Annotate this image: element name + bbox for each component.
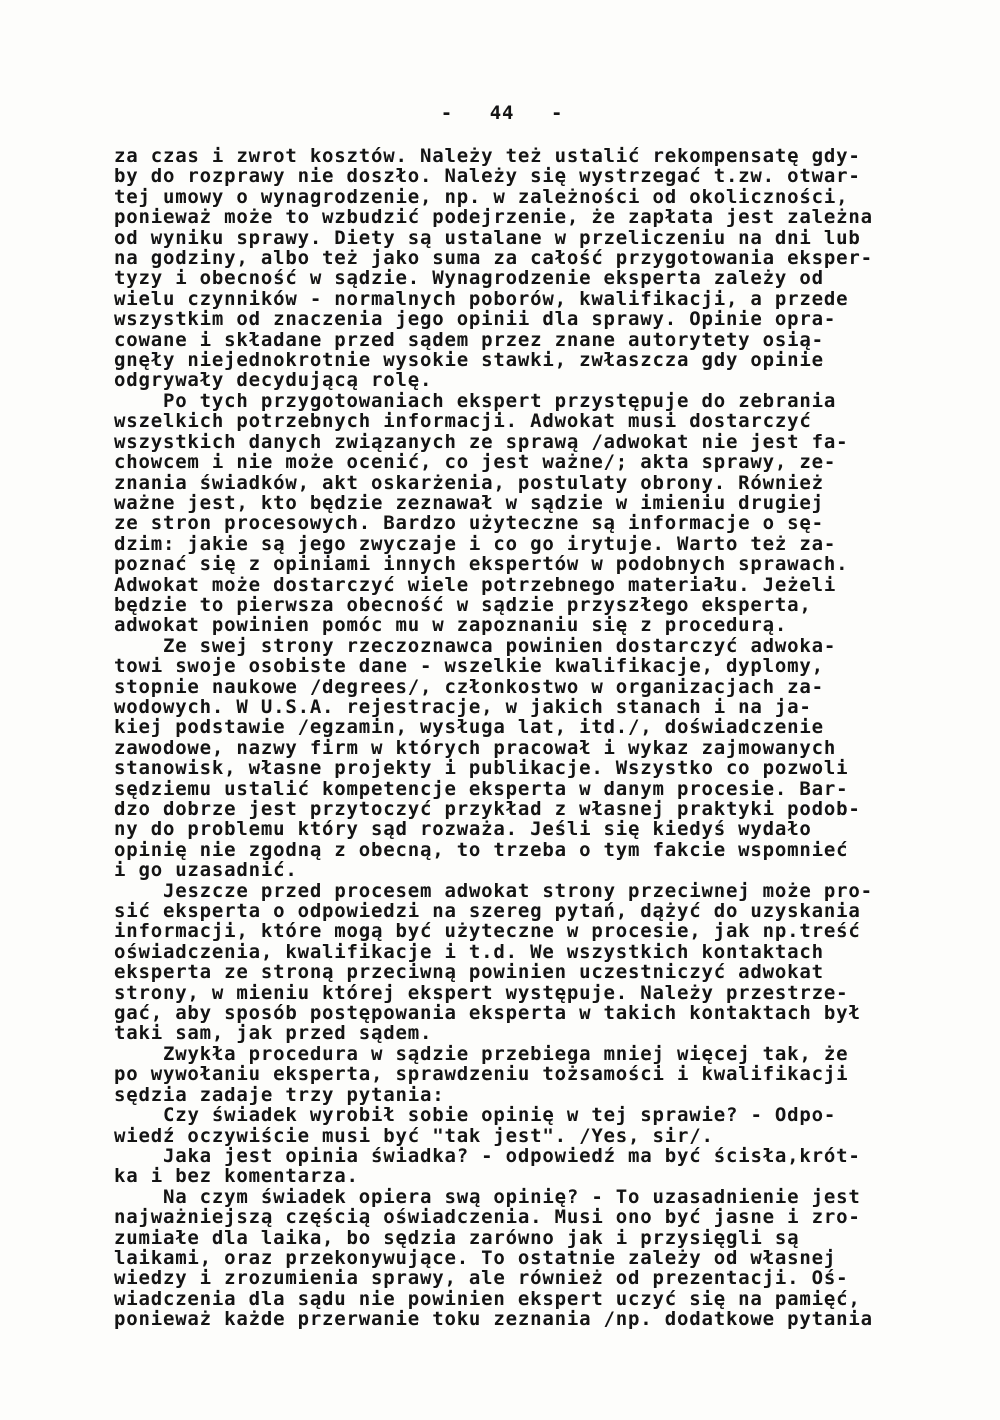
scanned-document-page: - 44 - za czas i zwrot kosztów. Należy t… [0, 0, 1000, 1420]
document-text: za czas i zwrot kosztów. Należy też usta… [114, 146, 906, 1330]
paragraph-continuation: za czas i zwrot kosztów. Należy też usta… [114, 146, 906, 391]
paragraph-question-three: Na czym świadek opiera swą opinię? - To … [114, 1187, 906, 1330]
paragraph-question-one: Czy świadek wyrobił sobie opinię w tej s… [114, 1105, 906, 1146]
paragraph-preparation: Po tych przygotowaniach ekspert przystęp… [114, 391, 906, 636]
page-number: - 44 - [114, 102, 890, 124]
paragraph-opposing-counsel: Jeszcze przed procesem adwokat strony pr… [114, 881, 906, 1044]
paragraph-expert-data: Ze swej strony rzeczoznawca powinien dos… [114, 636, 906, 881]
paragraph-question-two: Jaka jest opinia świadka? - odpowiedź ma… [114, 1146, 906, 1187]
paragraph-court-procedure: Zwykła procedura w sądzie przebiega mnie… [114, 1044, 906, 1105]
